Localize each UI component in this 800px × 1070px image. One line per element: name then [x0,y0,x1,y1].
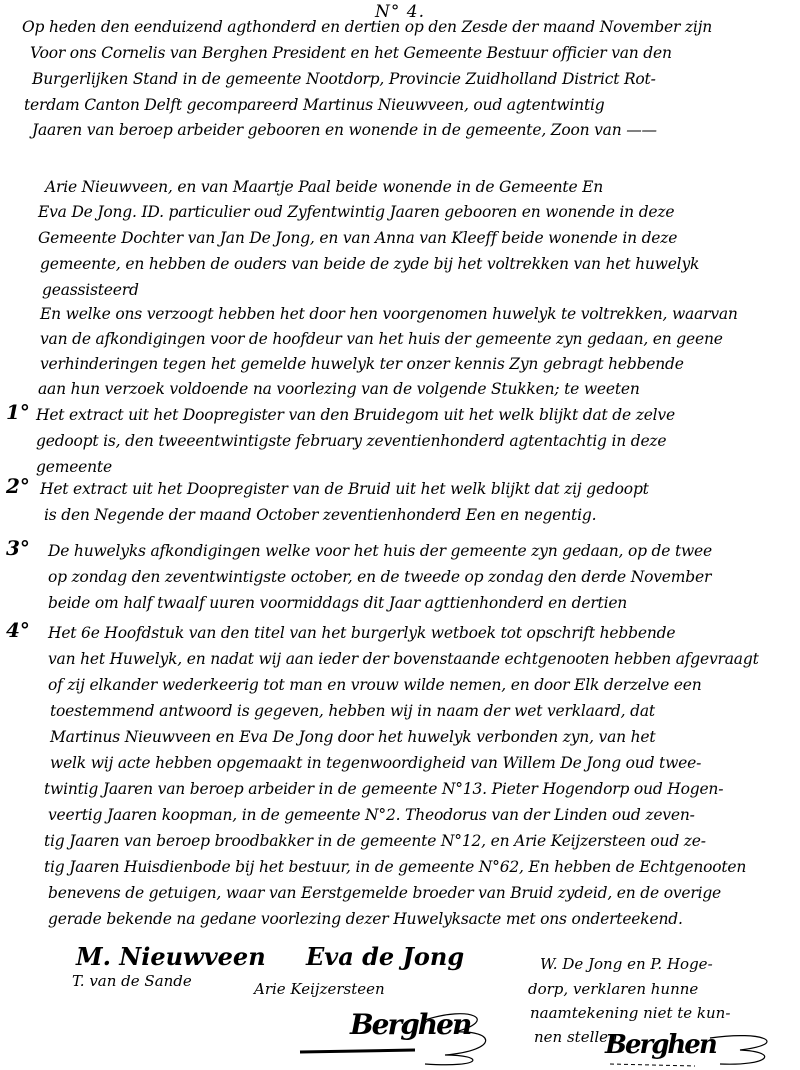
text-line: Martinus Nieuwveen en Eva De Jong door h… [50,728,655,746]
text-line: terdam Canton Delft gecompareerd Martinu… [24,96,604,114]
text-line: En welke ons verzoogt hebben het door he… [40,305,738,323]
signature-bride: Eva de Jong [306,942,464,971]
text-line: aan hun verzoek voldoende na voorlezing … [38,380,640,398]
text-line: toestemmend antwoord is gegeven, hebben … [50,702,655,720]
text-line: Gemeente Dochter van Jan De Jong, en van… [38,229,677,247]
item-marker: 2° [6,474,30,498]
item-marker: 1° [6,400,30,424]
witness-declaration-line: naamtekening niet te kun- [530,1004,730,1022]
text-line: benevens de getuigen, waar van Eerstgeme… [48,884,721,902]
signature-witness-middle: Arie Keijzersteen [254,980,385,998]
text-line: veertig Jaaren koopman, in de gemeente N… [48,806,695,824]
text-line: is den Negende der maand October zeventi… [44,506,596,524]
text-line: geassisteerd [42,281,139,299]
text-line: van de afkondigingen voor de hoofdeur va… [40,330,723,348]
text-line: Het extract uit het Doopregister van den… [36,406,675,424]
text-line: Het extract uit het Doopregister van de … [40,480,649,498]
text-line: op zondag den zeventwintigste october, e… [48,568,711,586]
text-line: Arie Nieuwveen, en van Maartje Paal beid… [45,178,603,196]
item-marker: 3° [6,536,30,560]
signature-groom: M. Nieuwveen [76,942,266,971]
witness-declaration-line: W. De Jong en P. Hoge- [540,955,713,973]
text-line: van het Huwelyk, en nadat wij aan ieder … [48,650,759,668]
text-line: gerade bekende na gedane voorlezing deze… [48,910,683,928]
text-line: De huwelyks afkondigingen welke voor het… [48,542,712,560]
text-line: welk wij acte hebben opgemaakt in tegenw… [50,754,701,772]
text-line: Eva De Jong. ID. particulier oud Zyfentw… [38,203,674,221]
text-line: tig Jaaren Huisdienbode bij het bestuur,… [44,858,746,876]
text-line: Het 6e Hoofdstuk van den titel van het b… [48,624,675,642]
text-line: Burgerlijken Stand in de gemeente Nootdo… [32,70,656,88]
text-line: beide om half twaalf uuren voormiddags d… [48,594,627,612]
text-line: of zij elkander wederkeerig tot man en v… [48,676,702,694]
item-marker: 4° [6,618,30,642]
signature-flourish-icon [295,1000,505,1070]
signature-witness-left: T. van de Sande [72,972,192,990]
text-line: Jaaren van beroep arbeider gebooren en w… [32,121,657,139]
text-line: verhinderingen tegen het gemelde huwelyk… [40,355,684,373]
document-page: N° 4. Op heden den eenduizend agthonderd… [0,0,800,1070]
text-line: twintig Jaaren van beroep arbeider in de… [44,780,723,798]
witness-declaration-line: dorp, verklaren hunne [528,980,698,998]
text-line: Voor ons Cornelis van Berghen President … [30,44,672,62]
signature-flourish-icon [600,1030,800,1070]
text-line: gemeente [36,458,112,476]
text-line: gedoopt is, den tweeentwintigste februar… [36,432,666,450]
text-line: Op heden den eenduizend agthonderd en de… [22,18,712,36]
text-line: gemeente, en hebben de ouders van beide … [40,255,699,273]
text-line: tig Jaaren van beroep broodbakker in de … [44,832,706,850]
